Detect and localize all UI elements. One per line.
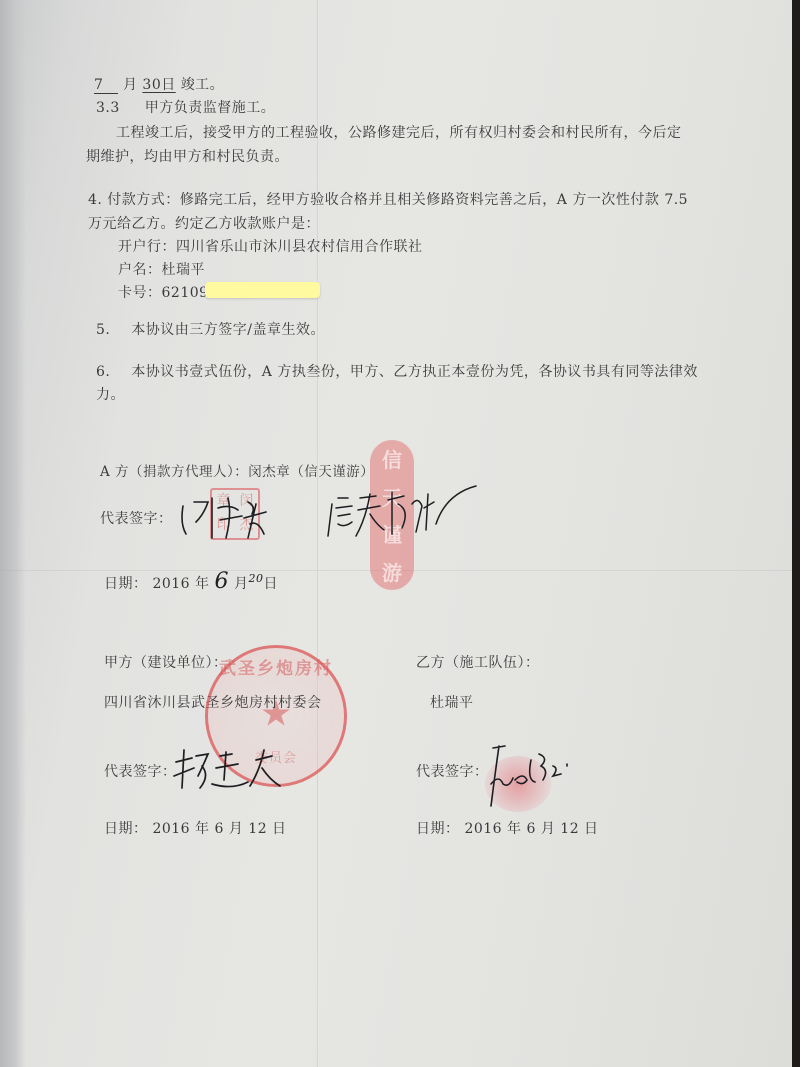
acceptance-paragraph-line-2: 期维护，均由甲方和村民负责。	[86, 148, 289, 166]
background-edge	[792, 0, 800, 1067]
date-label: 日期：	[104, 576, 148, 592]
date-month-handwritten: 6	[215, 569, 230, 594]
date-day-suffix: 日	[263, 576, 278, 592]
completion-month: 7	[94, 77, 118, 94]
page-edge-shadow	[0, 0, 26, 1067]
acceptance-paragraph-line-1: 工程竣工后，接受甲方的工程验收，公路修建完后，所有权归村委会和村民所有，今后定	[116, 124, 682, 142]
seal-char: 信	[382, 444, 402, 473]
handwritten-signature-icon	[178, 494, 288, 544]
clause-text: 本协议由三方签字/盖章生效。	[131, 322, 325, 338]
party-a-signature-1	[178, 494, 288, 548]
party-jia-signature-label: 代表签字：	[104, 763, 177, 781]
clause-6-line-2: 力。	[96, 386, 125, 404]
handwritten-signature-icon	[172, 746, 292, 792]
seal-top-text: 武圣乡炮房村	[208, 654, 344, 679]
card-number-label: 卡号：	[118, 285, 162, 301]
month-suffix: 月	[123, 77, 138, 93]
party-a-signature-label: 代表签字：	[100, 510, 173, 528]
bank-value: 四川省乐山市沐川县农村信用合作联社	[176, 239, 423, 255]
clause-6-line-1: 6. 本协议书壹式伍份，A 方执叁份，甲方、乙方执正本壹份为凭，各协议书具有同等…	[96, 363, 698, 381]
clause-3-3: 3.3 甲方负责监督施工。	[96, 99, 275, 117]
account-name-label: 户名：	[118, 262, 162, 278]
party-a-label: A 方（捐款方代理人）：闵杰章（信天谨游）	[100, 463, 374, 481]
clause-number: 3.3	[96, 100, 120, 116]
completion-day: 30	[142, 77, 161, 93]
party-yi-signature-label: 代表签字：	[416, 763, 489, 781]
bank-label: 开户行：	[118, 239, 176, 255]
account-name-row: 户名：杜瑞平	[118, 261, 205, 279]
party-yi-date: 日期： 2016 年 6 月 12 日	[416, 820, 599, 838]
date-month-suffix: 月	[234, 576, 249, 592]
party-yi-name: 杜瑞平	[430, 694, 474, 712]
party-jia-signature	[172, 746, 292, 796]
handwritten-signature-icon	[487, 744, 587, 814]
clause-4-line-2: 万元给乙方。约定乙方收款账户是：	[88, 215, 320, 233]
clause-4-line-1: 4. 付款方式：修路完工后，经甲方验收合格并且相关修路资料完善之后，A 方一次性…	[88, 191, 688, 209]
clause-text: 本协议书壹式伍份，A 方执叁份，甲方、乙方执正本壹份为凭，各协议书具有同等法律效	[131, 364, 698, 380]
vertical-fold-line	[317, 0, 319, 1067]
completion-text: 竣工。	[181, 77, 225, 93]
document-page: 7 月 30日 竣工。 3.3 甲方负责监督施工。 工程竣工后，接受甲方的工程验…	[0, 0, 792, 1067]
party-jia-label: 甲方（建设单位）：	[104, 654, 228, 672]
clause-number: 6.	[96, 364, 110, 380]
date-year: 2016 年	[152, 576, 209, 592]
party-jia-org: 四川省沐川县武圣乡炮房村村委会	[104, 694, 322, 712]
party-jia-date: 日期： 2016 年 6 月 12 日	[104, 820, 287, 838]
account-name-value: 杜瑞平	[162, 262, 206, 278]
day-suffix: 日	[161, 77, 176, 93]
redaction-sticky-note	[205, 282, 320, 298]
completion-date-line: 7 月 30日 竣工。	[94, 76, 224, 94]
handwritten-signature-icon	[326, 484, 486, 544]
bank-row: 开户行：四川省乐山市沐川县农村信用合作联社	[118, 238, 423, 256]
party-a-date: 日期： 2016 年 6 月20日	[104, 570, 278, 593]
party-yi-label: 乙方（施工队伍）：	[416, 654, 540, 672]
party-a-signature-2	[326, 484, 486, 548]
party-yi-signature	[487, 744, 587, 818]
seal-char: 游	[382, 557, 402, 586]
clause-5: 5. 本协议由三方签字/盖章生效。	[96, 321, 325, 339]
date-day-handwritten: 20	[248, 572, 263, 585]
clause-text: 甲方负责监督施工。	[145, 100, 276, 116]
clause-number: 5.	[96, 322, 110, 338]
